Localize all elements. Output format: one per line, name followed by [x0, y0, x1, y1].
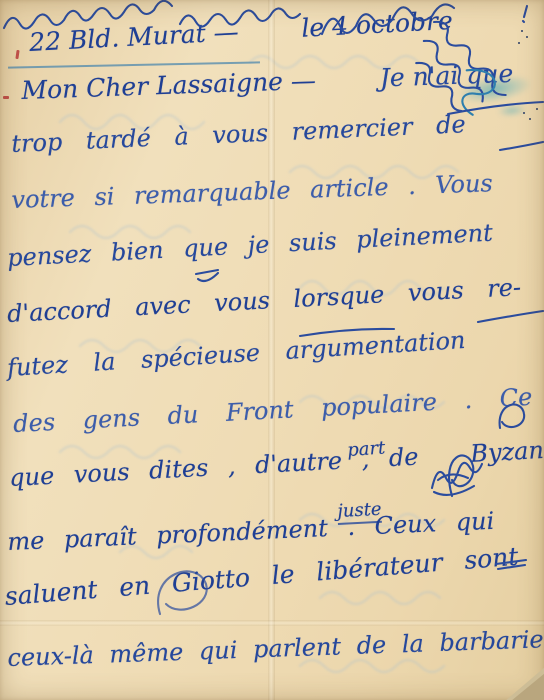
ink-speckle — [536, 108, 538, 110]
trailing-stroke-re — [478, 311, 543, 322]
ink-speckle — [521, 30, 523, 32]
red-mark-small — [3, 96, 9, 99]
flourish-ce-loop — [500, 405, 525, 428]
diagonal-scrawl — [401, 14, 508, 127]
strikeout-scribble — [432, 456, 482, 496]
giotto-flourish — [158, 571, 207, 614]
ink-speckle — [523, 112, 525, 114]
scribble-under-je — [196, 270, 218, 281]
underline-lorsque — [300, 329, 394, 336]
trailing-stroke — [500, 142, 543, 150]
corner-fold-edge — [511, 673, 544, 700]
letter-page: 22 Bld. Murat — le 4 octobre Mon Cher La… — [0, 0, 544, 700]
ink-marks-layer — [0, 0, 544, 700]
ink-speckle — [526, 36, 528, 38]
ink-speckle — [529, 118, 531, 120]
ink-speckle — [518, 42, 520, 44]
strikeout-qui — [496, 560, 526, 569]
